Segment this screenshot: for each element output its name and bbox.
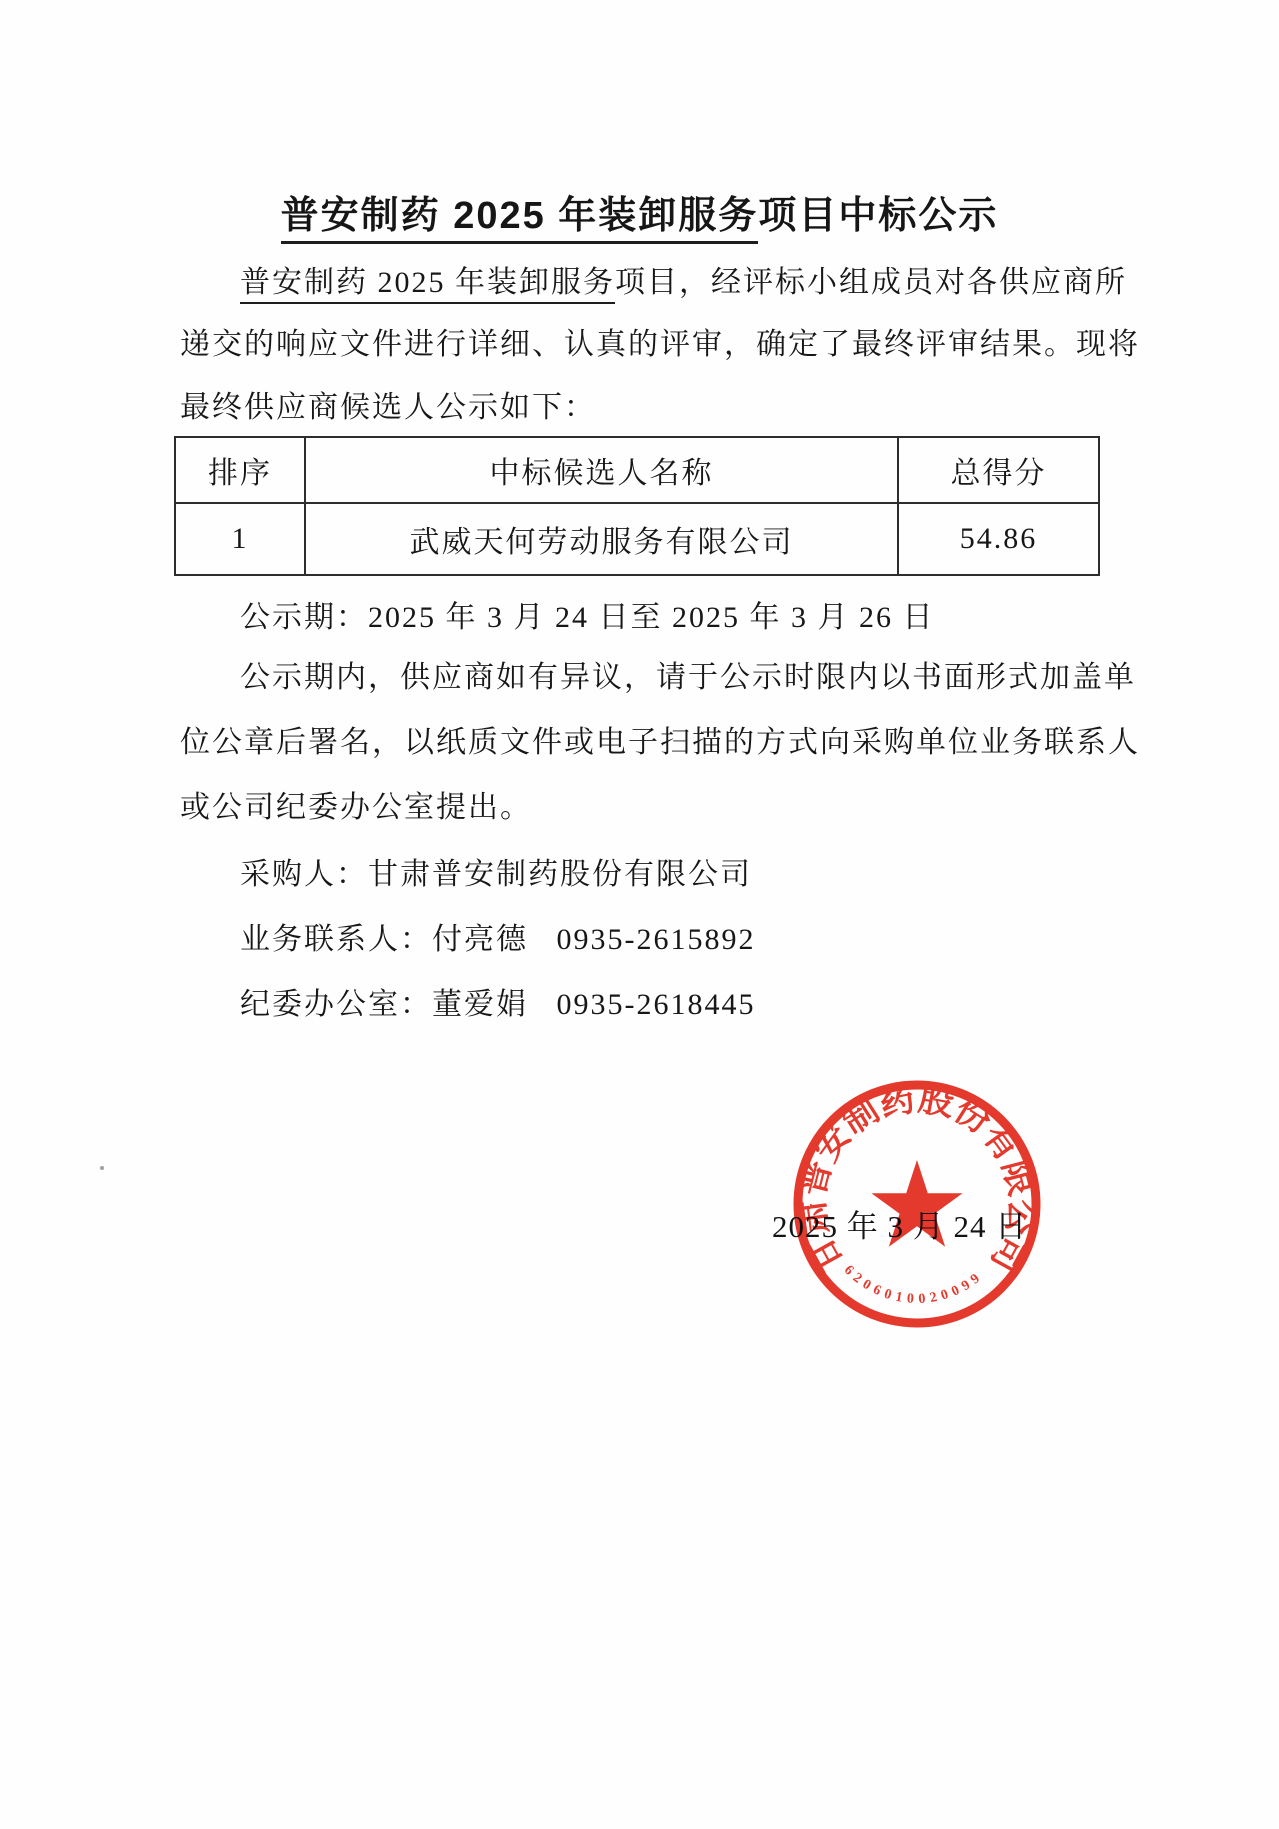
stray-scan-mark (100, 1166, 104, 1170)
announcement-document: 普安制药 2025 年装卸服务项目中标公示 普安制药 2025 年装卸服务项目，… (0, 0, 1279, 1829)
cell-rank: 1 (175, 503, 305, 575)
header-rank: 排序 (175, 437, 305, 503)
bid-result-table: 排序 中标候选人名称 总得分 1 武威天何劳动服务有限公司 54.86 (174, 436, 1100, 576)
discipline-office-line: 纪委办公室：董爱娟 0935-2618445 (180, 983, 1170, 1027)
paragraph1-line1: 普安制药 2025 年装卸服务项目，经评标小组成员对各供应商所 (180, 261, 1170, 305)
publicity-period-line: 公示期：2025 年 3 月 24 日至 2025 年 3 月 26 日 (180, 596, 1170, 640)
header-candidate-name: 中标候选人名称 (305, 437, 898, 503)
header-total-score: 总得分 (898, 437, 1099, 503)
cell-candidate-name: 武威天何劳动服务有限公司 (305, 503, 898, 575)
business-contact-line: 业务联系人：付亮德 0935-2615892 (180, 918, 1170, 962)
paragraph2-line1: 公示期内，供应商如有异议，请于公示时限内以书面形式加盖单 (180, 656, 1170, 700)
paragraph2-line2: 位公章后署名，以纸质文件或电子扫描的方式向采购单位业务联系人 (180, 721, 1110, 765)
purchaser-line: 采购人：甘肃普安制药股份有限公司 (180, 853, 1170, 897)
seal-serial-number: 6206010020099 (841, 1263, 987, 1307)
paragraph1-underlined: 普安制药 2025 年装卸服务 (240, 266, 615, 304)
paragraph1-line3: 最终供应商候选人公示如下： (180, 386, 1110, 430)
paragraph2-line3: 或公司纪委办公室提出。 (180, 786, 1110, 830)
page-title: 普安制药 2025 年装卸服务项目中标公示 (0, 184, 1279, 239)
cell-total-score: 54.86 (898, 503, 1099, 575)
paragraph1-line2: 递交的响应文件进行详细、认真的评审，确定了最终评审结果。现将 (180, 323, 1110, 367)
document-date: 2025 年 3 月 24 日 (772, 1201, 1027, 1246)
table-header-row: 排序 中标候选人名称 总得分 (175, 437, 1099, 503)
paragraph1-line1-rest: 项目，经评标小组成员对各供应商所 (615, 266, 1127, 299)
table-row: 1 武威天何劳动服务有限公司 54.86 (175, 503, 1099, 575)
page-title-underlined: 普安制药 2025 年装卸服务 (281, 195, 759, 244)
page-title-rest: 项目中标公示 (758, 195, 998, 237)
